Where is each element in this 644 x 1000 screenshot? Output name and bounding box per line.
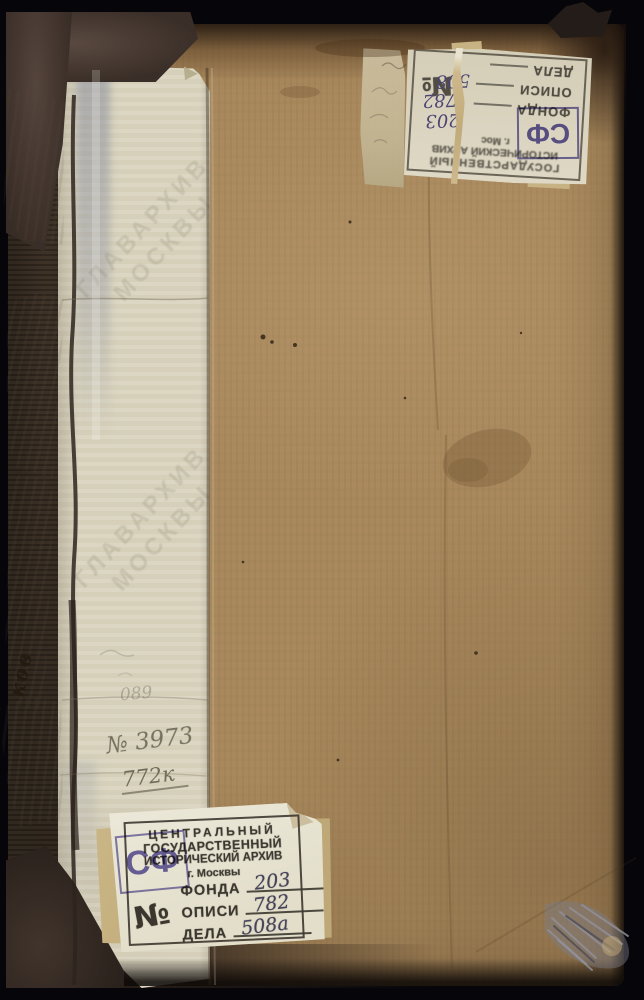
handwritten-delo-number: 508а	[240, 912, 290, 939]
row-line: 203	[246, 873, 325, 892]
sf-stamp: СФ	[517, 107, 579, 160]
archive-label-main: ЦЕНТРАЛЬНЫЙ ГОСУДАРСТВЕННЫЙ ИСТОРИЧЕСКИЙ…	[109, 801, 327, 952]
pencil-code-text: 772к	[119, 760, 188, 795]
label-row-opis: ОПИСИ	[476, 80, 572, 103]
row-blank-line	[489, 63, 528, 79]
pencil-note-number: № 3973	[105, 723, 195, 759]
pencil-note-code: 772к	[119, 760, 188, 792]
row-label: ДЕЛА	[182, 926, 227, 944]
row-line: 508а	[233, 918, 312, 937]
row-blank-line	[473, 102, 512, 118]
number-sign: №	[131, 896, 173, 937]
cover-right-edge-shadow	[610, 24, 624, 986]
sf-stamp: СФ	[115, 830, 190, 894]
handwritten-opis-number: 782	[422, 89, 457, 111]
row-label: ДЕЛА	[532, 63, 573, 80]
row-label: ОПИСИ	[519, 82, 572, 100]
label-row-delo: ДЕЛА508а	[182, 918, 311, 944]
label-row-delo: ДЕЛА	[489, 60, 573, 82]
old-label-remnant	[359, 48, 407, 189]
torn-leather-flap-top-right	[548, 2, 612, 38]
row-label: ОПИСИ	[181, 903, 240, 922]
row-blank-line	[476, 83, 515, 99]
archive-label-top: ГОСУДАРСТВЕННЫЙ ИСТОРИЧЕСКИЙ АРХИВ г. Мо…	[400, 44, 596, 187]
pencil-note-faint: 089	[119, 683, 153, 706]
handwritten-fond-number: 203	[425, 109, 460, 131]
photograph-of-archive-book: ГЛАВАРХИВ МОСКВЫ ГЛАВАРХИВ МОСКВЫ 089 № …	[0, 0, 644, 1000]
